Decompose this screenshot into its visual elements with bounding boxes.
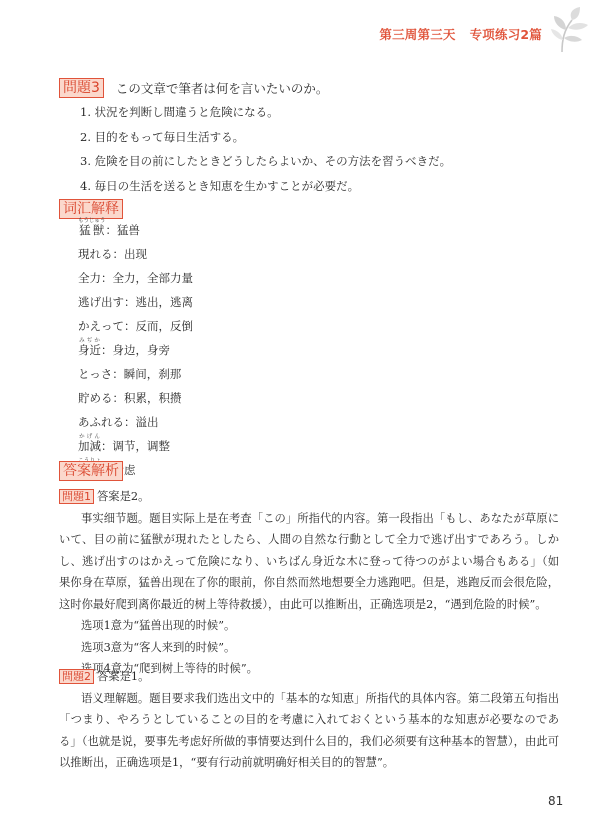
answer-1-note: 选项1意为“猛兽出现的时候”。 (59, 615, 559, 637)
option-1: 1. 状況を判断し間違うと危険になる。 (80, 103, 451, 128)
vocab-item: あふれる：溢出 (78, 406, 193, 430)
answer-section-tag: 答案解析 (59, 461, 123, 481)
vocab-item: 逃げ出す：逃出，逃离 (78, 286, 193, 310)
answer-2-explanation: 语义理解题。题目要求我们选出文中的「基本的な知恵」所指代的具体内容。第二段第五句… (59, 688, 559, 774)
vocab-item: 猛獣もうじゅう：猛兽 (78, 214, 193, 238)
vocab-item: 加減かげん：调节，调整 (78, 430, 193, 454)
option-2: 2. 目的をもって毎日生活する。 (80, 128, 451, 153)
answer-1-explanation: 事实细节题。题目实际上是在考查「この」所指代的内容。第一段指出「もし、あなたが草… (59, 508, 559, 616)
vocab-item: かえって：反而，反倒 (78, 310, 193, 334)
question-3-tag: 問題3 (59, 78, 104, 98)
answer-1-tag: 問題1 (59, 489, 94, 504)
header-section: 专项练习2篇 (470, 27, 542, 42)
option-3: 3. 危険を目の前にしたときどうしたらよいか、その方法を習うべきだ。 (80, 152, 451, 177)
option-4: 4. 毎日の生活を送るとき知恵を生かすことが必要だ。 (80, 177, 451, 202)
vocab-word: 加減かげん (78, 434, 101, 454)
question-3-text: この文章で筆者は何を言いたいのか。 (116, 81, 329, 96)
vocab-item: 身近みぢか：身边，身旁 (78, 334, 193, 358)
answer-question-2: 問題2答案是1。 语义理解题。题目要求我们选出文中的「基本的な知恵」所指代的具体… (59, 666, 559, 774)
vocab-item: とっさ：瞬间，刹那 (78, 358, 193, 382)
question-3: 問題3この文章で筆者は何を言いたいのか。 (59, 78, 328, 98)
answer-1-note: 选项3意为“客人来到的时候”。 (59, 637, 559, 659)
vocab-item: 現れる：出现 (78, 238, 193, 262)
page-number: 81 (548, 794, 563, 808)
header-week-day: 第三周第三天 (379, 27, 455, 42)
vocab-word: 猛獣もうじゅう (78, 218, 106, 238)
answer-2-result: 答案是1。 (97, 666, 149, 688)
leaf-sprig-icon (548, 6, 592, 52)
answer-2-tag: 問題2 (59, 669, 94, 684)
vocab-word: 身近みぢか (78, 338, 101, 358)
page-header: 第三周第三天专项练习2篇 (379, 25, 542, 43)
answer-1-result: 答案是2。 (97, 486, 149, 508)
vocab-item: 貯める：积累，积攒 (78, 382, 193, 406)
vocab-item: 全力：全力，全部力量 (78, 262, 193, 286)
answer-options: 1. 状況を判断し間違うと危険になる。 2. 目的をもって毎日生活する。 3. … (80, 103, 451, 201)
vocab-list: 猛獣もうじゅう：猛兽 現れる：出现 全力：全力，全部力量 逃げ出す：逃出，逃离 … (78, 214, 193, 478)
answer-question-1: 問題1答案是2。 事实细节题。题目实际上是在考查「この」所指代的内容。第一段指出… (59, 486, 559, 680)
